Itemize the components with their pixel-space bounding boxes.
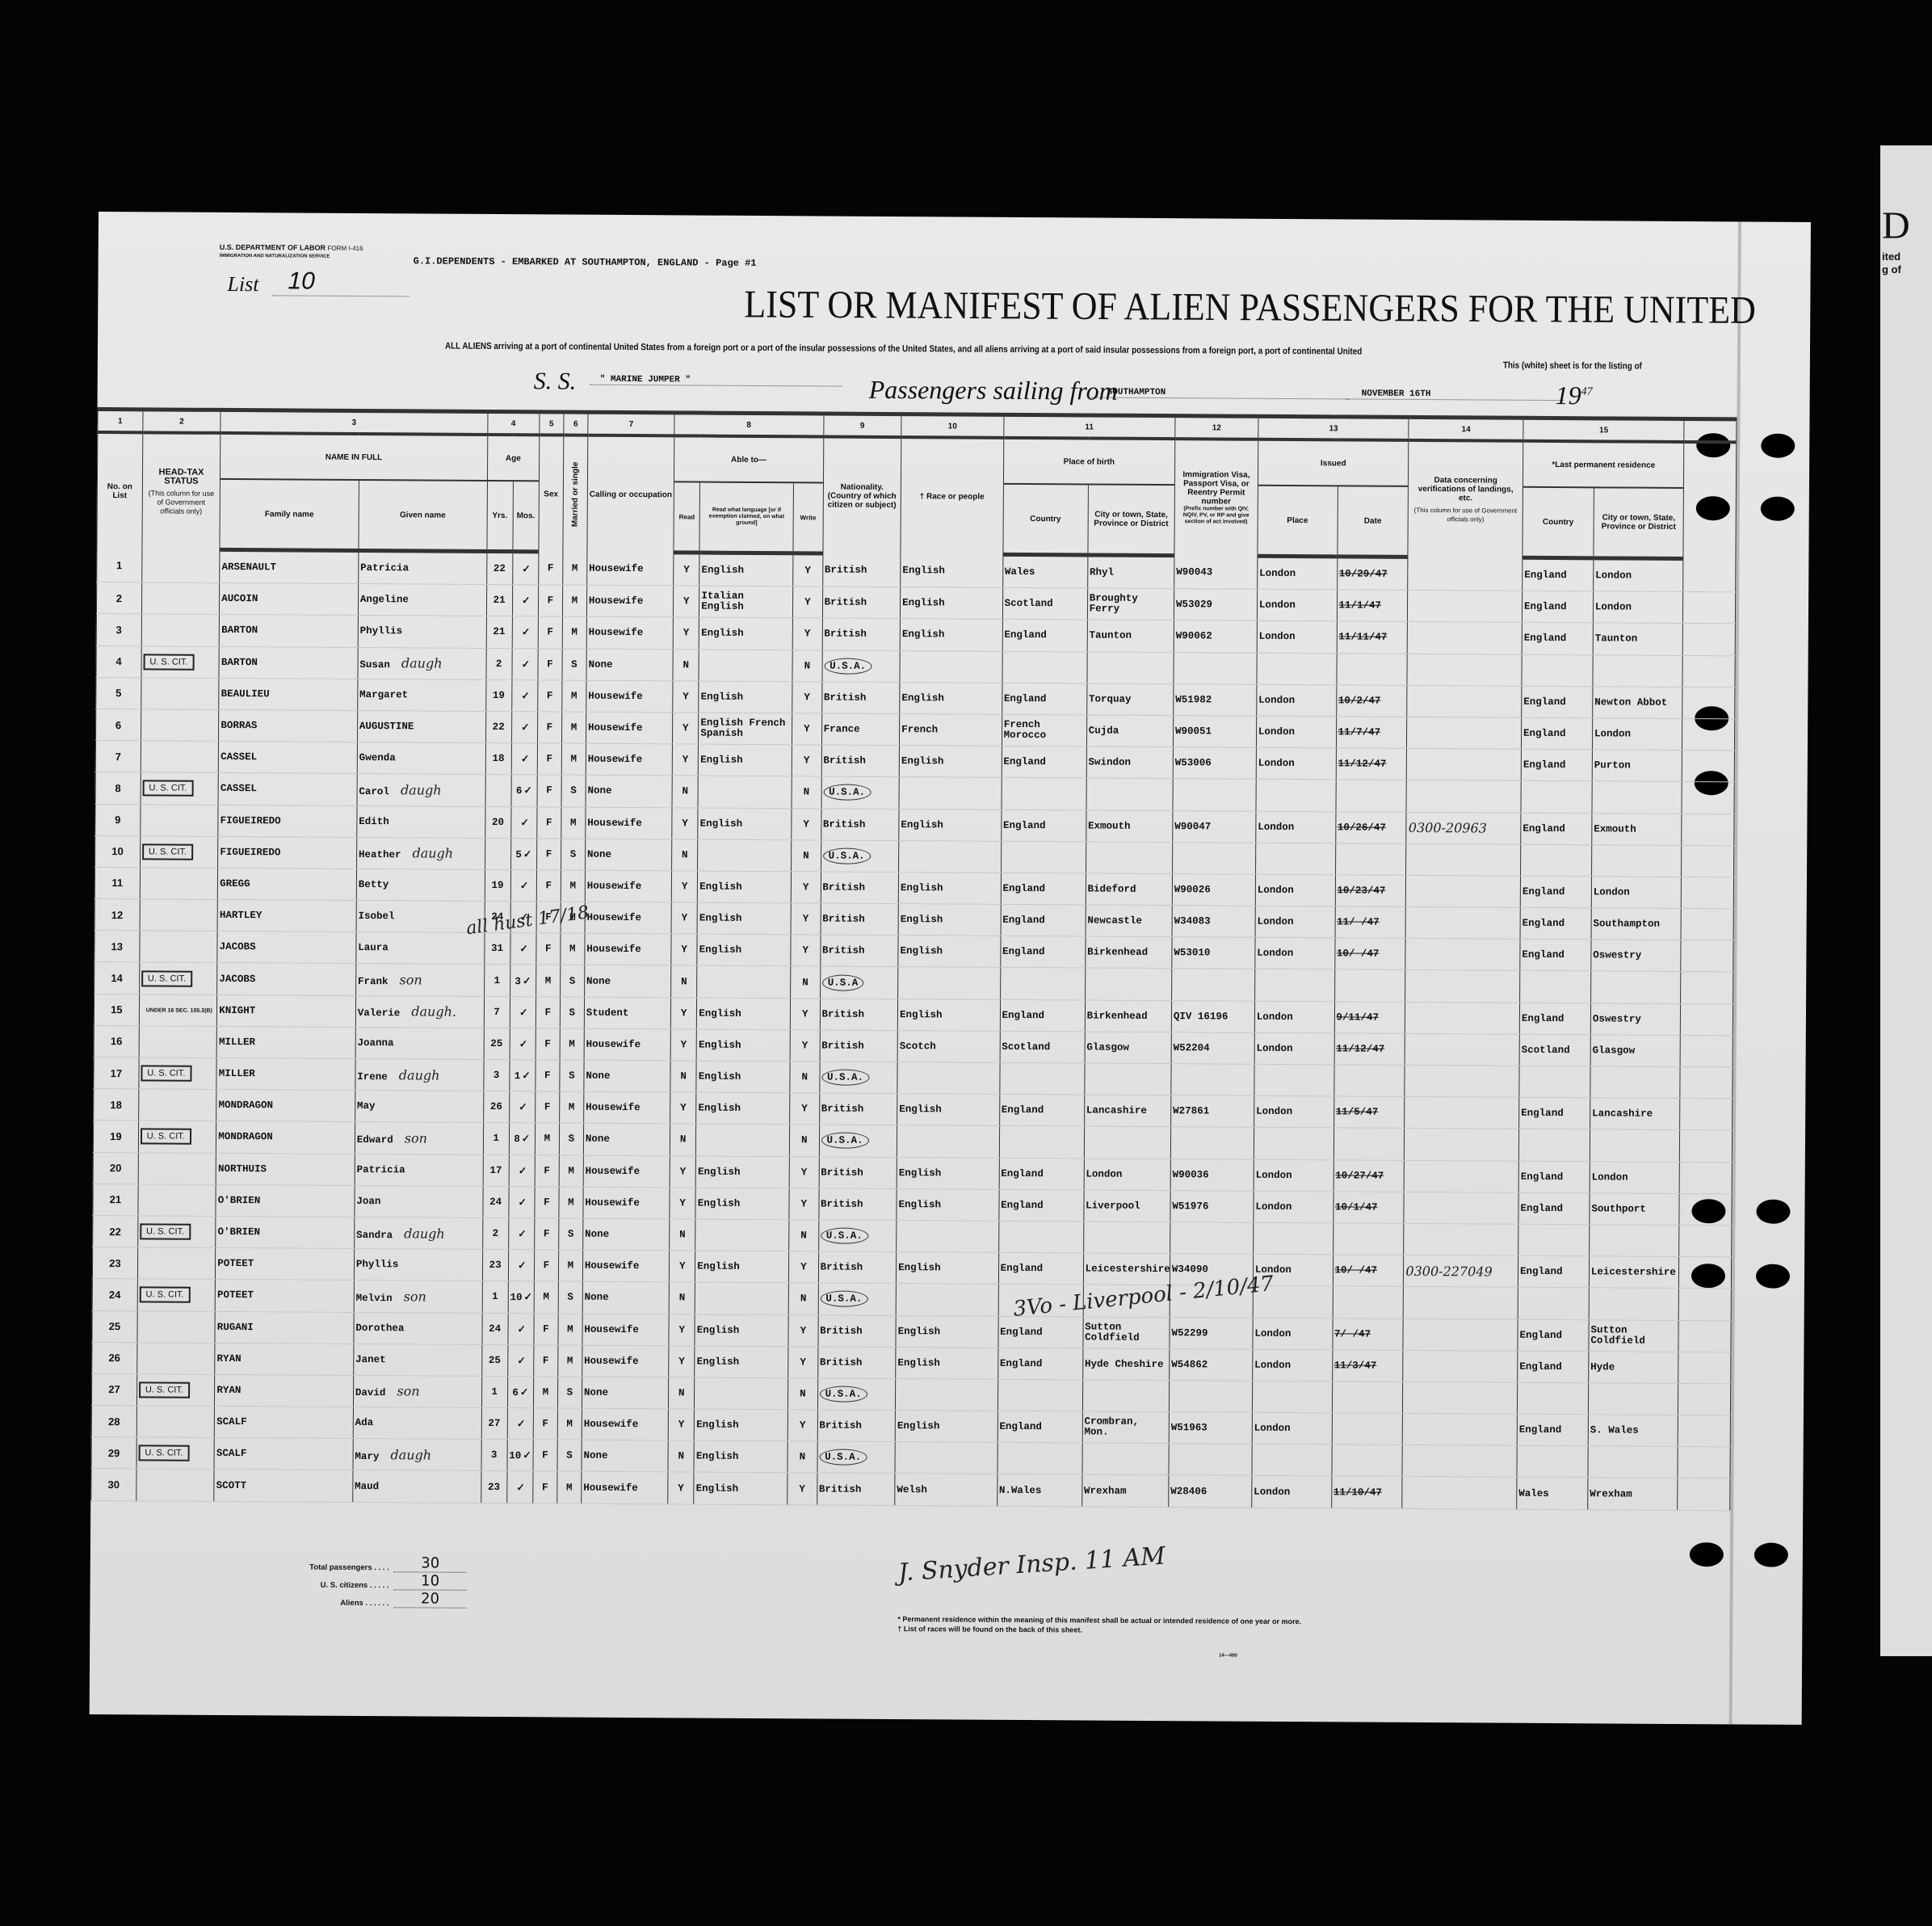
residence-country-text: England: [1521, 1171, 1564, 1182]
relationship-note: son: [404, 1289, 426, 1304]
header-family-name: Family name: [220, 479, 359, 551]
checkmark-icon: ✓: [523, 976, 531, 987]
can-write: N: [789, 1125, 819, 1156]
given-name-text: Frank: [358, 976, 388, 987]
family-name-text: O'BRIEN: [218, 1195, 261, 1206]
passenger-number: 19: [93, 1121, 138, 1153]
nationality: U.S.A.: [817, 1441, 896, 1474]
year-prefix: 19: [1556, 381, 1581, 410]
sex-text: F: [545, 944, 552, 955]
birth-city: Taunton: [1087, 620, 1174, 652]
given-name: Patricia: [355, 1154, 483, 1186]
birth-country: England: [1002, 620, 1087, 652]
residence-country: England: [1522, 686, 1593, 718]
given-name: Melvinson: [354, 1280, 482, 1313]
birth-country: England: [1002, 683, 1086, 715]
verification: [1408, 591, 1522, 623]
passenger-number: 5: [96, 677, 141, 709]
sailing-year: 1947: [1556, 381, 1593, 410]
list-number: 10: [271, 267, 409, 296]
marital-status: M: [561, 807, 586, 839]
can-write-text: Y: [804, 755, 810, 767]
birth-country: England: [999, 1158, 1084, 1190]
given-name: Patricia: [359, 550, 487, 584]
given-name: Heatherdaugh: [356, 837, 485, 869]
race: English: [895, 1411, 997, 1443]
verification: [1404, 1223, 1518, 1255]
nationality-text: British: [824, 692, 867, 703]
occupation-text: Housewife: [589, 627, 644, 638]
nationality-text: British: [819, 1420, 862, 1432]
residence-country: England: [1520, 907, 1591, 940]
nationality: U.S.A.: [821, 776, 900, 809]
can-read-text: N: [678, 1451, 684, 1462]
can-read-text: N: [680, 1134, 687, 1146]
residence-country-text: England: [1523, 728, 1566, 739]
age-years: 25: [481, 1344, 507, 1376]
nationality-text: British: [822, 945, 865, 957]
nationality: France: [821, 713, 900, 746]
sex-text: F: [544, 1070, 551, 1081]
marital-status: M: [562, 616, 586, 648]
age-months-text: 8: [514, 1134, 520, 1146]
issued-place-text: London: [1255, 1201, 1291, 1213]
family-name-text: BARTON: [221, 624, 258, 636]
visa-number-text: W53029: [1176, 599, 1212, 610]
residence-country: England: [1517, 1414, 1588, 1446]
issued-date: [1333, 1286, 1404, 1318]
checkmark-icon: ✓: [518, 1229, 527, 1240]
age-years-text: 1: [493, 975, 500, 986]
sex-text: F: [544, 1260, 550, 1272]
birth-city-text: Birkenhead: [1087, 948, 1148, 958]
residence-country: England: [1520, 876, 1591, 908]
issued-date: 11/5/47: [1333, 1096, 1405, 1129]
blank: [1679, 1257, 1732, 1289]
marital-status: M: [563, 552, 587, 585]
blank: [1678, 1415, 1731, 1448]
total-passengers-value: 30: [394, 1554, 467, 1573]
birth-city-text: Rhyl: [1090, 568, 1114, 578]
birth-city: Swindon: [1086, 746, 1173, 779]
birth-city: Birkenhead: [1085, 936, 1171, 969]
age-years-text: 25: [489, 1355, 501, 1366]
can-write: Y: [792, 808, 821, 839]
family-name-text: ARSENAULT: [222, 561, 277, 573]
birth-country: England: [998, 1316, 1083, 1348]
sex: F: [539, 552, 563, 585]
head-tax-stamp: U. S. CIT.: [140, 836, 218, 868]
occupation: Housewife: [585, 902, 671, 934]
family-name: BARTON: [219, 646, 358, 679]
sex: F: [535, 1091, 559, 1123]
read-language: English: [697, 934, 791, 966]
occupation: None: [583, 1218, 670, 1251]
blank: [1682, 751, 1735, 783]
visa-number-text: W53010: [1174, 947, 1210, 958]
given-name-text: Janet: [355, 1354, 386, 1365]
birth-city-text: Bideford: [1088, 884, 1136, 894]
sex: F: [536, 839, 561, 870]
age-years: 1: [484, 965, 510, 996]
checkmark-icon: ✓: [522, 564, 531, 575]
passenger-number: 4: [96, 646, 141, 678]
blank: [1681, 1003, 1733, 1036]
department-name: U.S. DEPARTMENT OF LABOR: [220, 243, 325, 252]
blank: [1679, 1193, 1732, 1226]
family-name: RUGANI: [215, 1311, 354, 1344]
age-years: 3: [481, 1440, 507, 1471]
can-read: N: [669, 1377, 695, 1409]
age-years: 3: [483, 1059, 509, 1091]
race: English: [901, 554, 1003, 588]
can-read-text: N: [679, 1293, 686, 1304]
can-write: Y: [792, 618, 822, 650]
punch-hole: [1754, 1543, 1788, 1567]
sex: F: [534, 1313, 558, 1344]
issued-date-text: 11/12/47: [1336, 1043, 1384, 1054]
col-num: 1: [98, 409, 143, 432]
residence-city: Purton: [1592, 750, 1682, 782]
read-language: [699, 650, 792, 682]
family-name-text: FIGUEIREDO: [220, 847, 280, 858]
residence-city: London: [1590, 1161, 1680, 1193]
residence-country-text: England: [1522, 886, 1565, 898]
residence-country-text: England: [1524, 570, 1567, 581]
checkmark-icon: ✓: [519, 1039, 528, 1050]
adjacent-sheet-fragment: D ited g of: [1880, 145, 1932, 1656]
family-name-text: MONDRAGON: [218, 1100, 273, 1111]
head-tax-stamp: [141, 804, 219, 836]
marital-status-text: M: [570, 754, 577, 765]
visa-number: W34083: [1172, 906, 1255, 938]
issued-date-text: 10/26/47: [1338, 822, 1386, 833]
marital-status-text: S: [569, 1007, 576, 1018]
nationality-text: British: [819, 1483, 862, 1495]
race: English: [899, 746, 1002, 778]
subtitle-line-1: ALL ALIENS arriving at a port of contine…: [445, 342, 1362, 357]
race: English: [897, 1094, 1000, 1126]
nationality: British: [821, 808, 899, 840]
nationality: U.S.A.: [821, 840, 899, 873]
can-write: Y: [792, 682, 822, 713]
read-language-text: English French Spanish: [700, 718, 790, 740]
blank: [1680, 1035, 1732, 1067]
occupation-text: Housewife: [584, 1355, 639, 1366]
residence-city: [1592, 781, 1682, 814]
birth-city: [1082, 1443, 1169, 1475]
head-tax-stamp: UNDER 16 SEC. 105.3(B): [139, 994, 217, 1026]
read-language: [696, 1124, 790, 1156]
given-name-text: Sandra: [356, 1230, 393, 1241]
checkmark-icon: ✓: [522, 1070, 531, 1082]
can-read-text: Y: [683, 628, 690, 639]
nationality-text: British: [821, 1198, 863, 1209]
marital-status: S: [559, 1218, 583, 1250]
passenger-number-text: 8: [115, 782, 120, 794]
residence-city: Exmouth: [1592, 813, 1682, 845]
read-language: English: [696, 1029, 790, 1062]
age-months: ✓: [512, 616, 538, 648]
race: [895, 1442, 997, 1474]
birth-city: Crombran, Mon.: [1082, 1411, 1169, 1444]
head-tax-stamp-text: U. S. CIT.: [139, 1287, 190, 1303]
age-years: 23: [481, 1471, 506, 1503]
visa-number: W52204: [1171, 1032, 1254, 1064]
read-language-text: English: [696, 1452, 739, 1462]
given-name-text: AUGUSTINE: [359, 721, 414, 732]
age-years-text: 25: [490, 1038, 502, 1049]
read-language: English: [695, 1346, 788, 1378]
residence-city: Leicestershire: [1589, 1256, 1679, 1289]
read-language-text: English: [699, 1008, 741, 1019]
occupation-text: Housewife: [585, 1197, 640, 1209]
family-name: SCALF: [214, 1438, 353, 1470]
marital-status: S: [560, 965, 584, 996]
nationality-text: British: [821, 1167, 863, 1178]
verification: [1403, 1381, 1518, 1414]
blank: [1683, 624, 1736, 656]
marital-status: M: [559, 1187, 583, 1218]
issued-date: 10/ /47: [1333, 1255, 1404, 1287]
age-years: 2: [482, 1217, 508, 1249]
can-read-text: Y: [679, 1197, 686, 1209]
issued-date-text: 11/7/47: [1338, 726, 1381, 738]
age-months: ✓: [508, 1313, 534, 1344]
issued-place: London: [1254, 1032, 1334, 1065]
marital-status-text: M: [571, 690, 577, 701]
age-years: 22: [485, 711, 511, 742]
age-months: ✓: [510, 806, 536, 838]
age-years-text: 3: [491, 1449, 498, 1461]
can-read: Y: [668, 1472, 694, 1503]
age-years: 22: [486, 551, 512, 584]
issued-place: [1254, 969, 1334, 1002]
blank: [1682, 877, 1734, 909]
age-years: 24: [481, 1313, 507, 1344]
passenger-number-text: 19: [110, 1130, 122, 1142]
passenger-number-text: 25: [109, 1320, 121, 1332]
can-write-text: N: [804, 660, 811, 671]
marital-status-text: M: [568, 1196, 574, 1208]
occupation: Housewife: [582, 1345, 669, 1377]
issued-date: 11/10/47: [1331, 1476, 1402, 1508]
age-months: 10✓: [508, 1281, 534, 1313]
visa-number-text: W90051: [1175, 725, 1212, 737]
age-years: 20: [485, 806, 510, 838]
can-read: Y: [673, 617, 699, 649]
given-name: Dorothea: [354, 1312, 482, 1344]
col-num: 7: [588, 412, 674, 435]
residence-city: Taunton: [1593, 623, 1683, 655]
residence-country-text: England: [1524, 601, 1567, 612]
age-years-text: 21: [493, 595, 506, 606]
sex: F: [533, 1440, 557, 1471]
can-read-text: Y: [682, 818, 688, 829]
passenger-number: 14: [94, 962, 140, 995]
can-read-text: N: [679, 1229, 686, 1240]
age-months-text: 3: [514, 976, 521, 987]
issued-date-text: 11/5/47: [1336, 1107, 1379, 1118]
passenger-rows: 1ARSENAULTPatricia22✓FMHousewifeYEnglish…: [91, 549, 1736, 1510]
checkmark-icon: ✓: [523, 1451, 531, 1462]
can-write-text: Y: [804, 723, 810, 734]
visa-number-text: W90026: [1174, 884, 1211, 895]
sailing-label: Passengers sailing from: [869, 375, 1118, 406]
verification: [1405, 970, 1520, 1003]
head-tax-stamp-text: U. S. CIT.: [141, 970, 192, 986]
col-num: 9: [823, 414, 901, 437]
residence-city: [1593, 654, 1683, 687]
age-months: ✓: [508, 1218, 534, 1250]
sex-text: F: [544, 1196, 550, 1208]
nationality-text: British: [823, 755, 866, 767]
verification: [1404, 1192, 1518, 1224]
race: English: [896, 1252, 998, 1285]
header-given-name: Given name: [359, 480, 487, 551]
residence-country-text: England: [1522, 949, 1564, 961]
head-tax-stamp: U. S. CIT.: [137, 1216, 216, 1248]
passenger-number-text: 1: [116, 559, 122, 571]
issued-place-text: London: [1256, 1169, 1292, 1180]
issued-place: [1254, 1222, 1333, 1255]
head-tax-stamp: [141, 678, 219, 710]
sex: F: [536, 933, 561, 965]
age-years: 31: [484, 933, 510, 965]
sex: F: [537, 743, 561, 775]
birth-city-text: Crombran, Mon.: [1084, 1417, 1166, 1439]
passenger-number-text: 16: [111, 1036, 123, 1048]
age-months: ✓: [510, 1028, 535, 1059]
birth-country-text: England: [1003, 820, 1046, 831]
residence-country-text: England: [1519, 1329, 1562, 1340]
visa-number-text: W34083: [1174, 915, 1211, 927]
sex-text: F: [546, 754, 552, 765]
race-text: English: [900, 945, 943, 957]
birth-city: London: [1084, 1159, 1170, 1191]
given-name: Irenedaugh: [355, 1058, 484, 1091]
occupation-text: None: [584, 1387, 608, 1398]
sex: F: [538, 585, 562, 616]
birth-country: [1002, 778, 1086, 810]
nationality: British: [821, 872, 899, 904]
nationality-text: U.S.A.: [820, 1386, 867, 1402]
checkmark-icon: ✓: [518, 1324, 527, 1335]
nationality: British: [817, 1314, 896, 1347]
occupation-text: Housewife: [587, 817, 642, 828]
marital-status-text: S: [567, 1387, 573, 1398]
can-write: N: [791, 966, 821, 998]
residence-city: [1588, 1446, 1678, 1478]
verification: [1404, 1287, 1518, 1319]
birth-country: England: [997, 1348, 1082, 1380]
issued-date: [1333, 1223, 1404, 1255]
occupation: Housewife: [582, 1314, 669, 1346]
residence-city: [1590, 1225, 1680, 1257]
can-write: Y: [788, 1251, 818, 1283]
sex-text: F: [545, 880, 552, 891]
race-text: English: [901, 692, 944, 704]
nationality-text: British: [822, 881, 865, 893]
issued-date: 10/ /47: [1334, 938, 1405, 970]
age-months: ✓: [512, 585, 538, 616]
sex: F: [535, 1028, 560, 1060]
checkmark-icon: ✓: [518, 1260, 527, 1272]
marital-status: S: [557, 1440, 582, 1471]
can-read-text: Y: [680, 1166, 687, 1177]
sex-text: F: [548, 562, 554, 574]
issued-date-text: 10/2/47: [1338, 695, 1381, 706]
age-years-text: 17: [489, 1165, 502, 1176]
residence-country: [1521, 781, 1592, 814]
residence-city-text: Hyde: [1590, 1362, 1615, 1373]
family-name-text: MILLER: [219, 1068, 255, 1079]
nationality: U.S.A.: [817, 1378, 896, 1411]
marital-status-text: S: [569, 1070, 575, 1082]
residence-country: [1520, 971, 1591, 1003]
can-write: Y: [788, 1346, 818, 1377]
verification: [1405, 1065, 1519, 1097]
read-language-text: English: [698, 1104, 741, 1114]
issued-date: [1336, 653, 1407, 685]
occupation-text: Housewife: [584, 1323, 639, 1335]
given-name: Laura: [356, 932, 485, 965]
footnotes: * Permanent residence within the meaning…: [897, 1614, 1301, 1636]
visa-number: W51982: [1174, 683, 1257, 716]
head-tax-stamp: U. S. CIT.: [136, 1437, 215, 1470]
birth-country: [999, 1062, 1084, 1095]
marital-status-text: M: [572, 562, 578, 574]
relationship-note: son: [405, 1130, 427, 1146]
residence-country: England: [1522, 591, 1593, 623]
passenger-number: 9: [95, 804, 141, 836]
given-name-text: Mary: [355, 1451, 379, 1462]
occupation-text: Housewife: [588, 691, 643, 702]
marital-status-text: S: [571, 658, 577, 670]
age-years-text: 22: [493, 563, 506, 574]
visa-number-text: W52204: [1174, 1042, 1210, 1053]
header-married: Married or single: [563, 435, 588, 553]
verification: [1406, 875, 1521, 907]
verification: [1405, 906, 1520, 939]
can-write: Y: [790, 998, 820, 1029]
issued-date-text: 10/ /47: [1334, 1265, 1377, 1276]
col-num: 10: [901, 414, 1004, 438]
can-read-text: Y: [682, 913, 688, 924]
issued-date-text: 10/23/47: [1337, 885, 1385, 896]
occupation-text: Housewife: [588, 722, 643, 734]
can-write: Y: [793, 553, 823, 587]
blank: [1683, 558, 1736, 592]
issued-date: 11/1/47: [1337, 590, 1408, 622]
family-name-text: JACOBS: [220, 941, 256, 952]
issued-place: London: [1256, 811, 1336, 843]
issued-place-text: London: [1259, 599, 1296, 611]
residence-country: England: [1518, 1192, 1590, 1225]
residence-country: England: [1519, 1097, 1590, 1129]
visa-number-text: QIV 16196: [1174, 1011, 1228, 1022]
birth-city-text: Birkenhead: [1087, 1011, 1148, 1021]
can-write-text: N: [803, 850, 809, 861]
can-write-text: N: [802, 977, 808, 988]
issued-date-text: 11/12/47: [1338, 759, 1386, 770]
verification: [1405, 1097, 1519, 1129]
header-birth-city: City or town, State, Province or Distric…: [1088, 484, 1175, 555]
read-language-text: English: [700, 755, 743, 766]
adjacent-title-fragment: D: [1882, 204, 1910, 248]
residence-country-text: England: [1519, 1424, 1562, 1436]
read-language: English: [694, 1440, 787, 1473]
